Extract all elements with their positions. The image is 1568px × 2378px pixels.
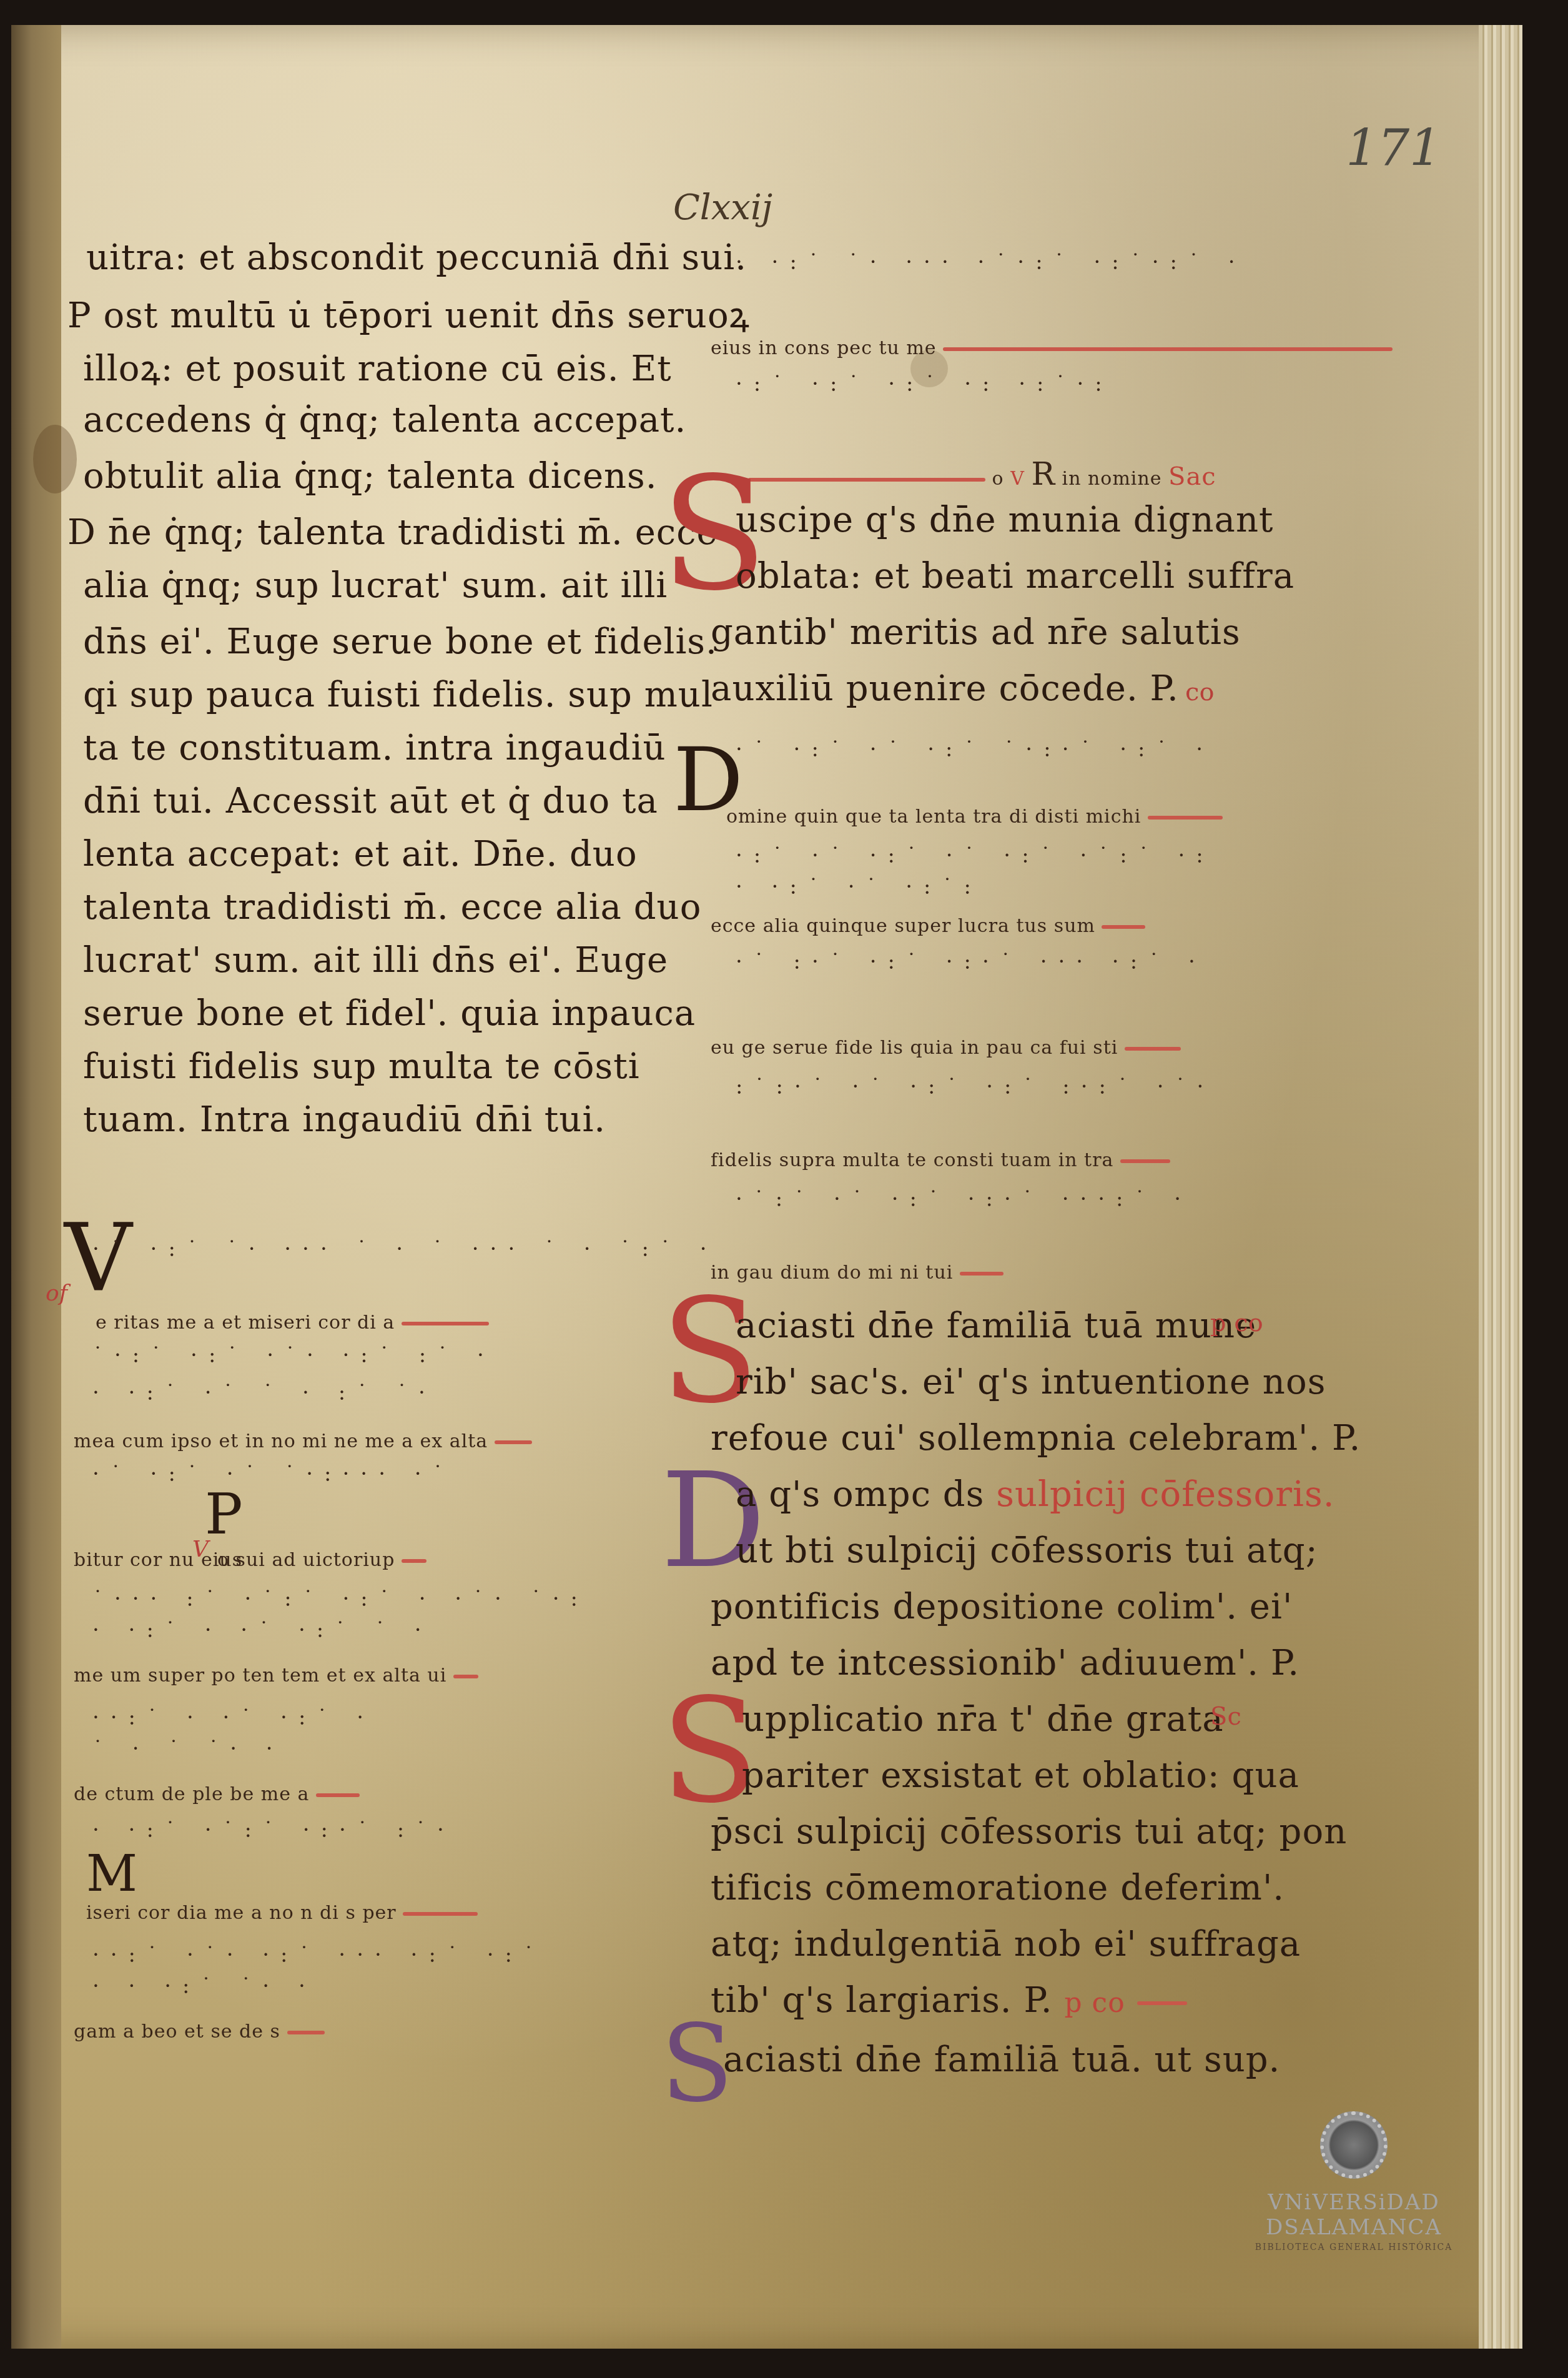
red-melisma-line [402, 1559, 427, 1563]
lyric-line: iseri cor dia me a no n di s per [86, 1902, 478, 1924]
lyric-text: eu ge serue fide lis quia in pau ca fui … [711, 1037, 1118, 1059]
lyric-text: gam a beo et se de s [74, 2021, 280, 2043]
lyric-text: o [992, 468, 1004, 490]
rubric-secret: Sac [1168, 462, 1216, 491]
lyric-text: eius in cons pec tu me [711, 337, 937, 359]
lyric-line: me um super po ten tem et ex alta ui [74, 1665, 478, 1687]
text-line: pariter exsistat et oblatio: qua [742, 1755, 1299, 1796]
text-line: rib' sac's. ei' q's intuentione nos [736, 1362, 1326, 1402]
lyric-line: gam a beo et se de s [74, 2021, 325, 2043]
rubric-versicle: V [1010, 468, 1025, 490]
neume-line: · ·:˙ ·˙ ·:˙: [736, 874, 982, 899]
binding-gutter [11, 25, 61, 2349]
text-line: uitra: et abscondit peccuniā dn̄i sui. [86, 237, 747, 278]
rubric-saint-heading: sulpicij cōfessoris. [996, 1474, 1334, 1515]
neume-line: ·˙ ·:˙ ·˙ ˙·:··· ·˙ [92, 1462, 455, 1487]
text-line: tib' q's largiaris. P. p co [711, 1980, 1187, 2021]
red-melisma-line [748, 478, 985, 482]
roman-folio-number: Clxxij [673, 187, 772, 228]
parchment-stain [33, 425, 77, 493]
text-line: illoꝝ: et posuit ratione cū eis. Et [83, 344, 672, 391]
rubric-communion: co [1185, 678, 1214, 706]
text-line: pontificis depositione colim'. ei' [711, 1587, 1293, 1627]
text-line: alia q̇nq; sup lucrat' sum. ait illi [83, 565, 668, 606]
neume-line: ·:˙ ·:˙ ·:˙ ·: ·:˙·: [736, 372, 1113, 397]
lyric-text: me um super po ten tem et ex alta ui [74, 1665, 446, 1687]
text-line: lenta accepat: et ait. Dn̄e. duo [83, 834, 638, 874]
university-watermark: VNiVERSiDAD DSALAMANCA BIBLIOTECA GENERA… [1235, 2111, 1472, 2252]
initial-S-red: S [661, 1281, 759, 1424]
rubric-secret: Sc [1210, 1702, 1241, 1731]
text-line: gantib' meritis ad nr̄e salutis [711, 612, 1241, 653]
text-line: atq; indulgentiā nob ei' suffraga [711, 1924, 1301, 1964]
lyric-line: e ritas me a et miseri cor di a [96, 1312, 489, 1334]
margin-rubric-offertory: of [46, 1281, 67, 1306]
lyric-line: ecce alia quinque super lucra tus sum [711, 915, 1145, 937]
neume-line: ·˙ ·:˙ ·˙ ·:˙ ˙·:·˙ ·:˙ · [736, 737, 1214, 762]
modern-folio-number: 171 [1346, 119, 1441, 177]
neume-line: ·˙ ·:˙ ˙· ··· ˙ · ˙ ··· ˙ · ˙:˙ · [92, 1237, 718, 1262]
text-line: dn̄s ei'. Euge serue bone et fidelis. [83, 622, 717, 662]
text-line: aciasti dn̄e familiā tuā. ut sup. [723, 2039, 1280, 2080]
red-melisma-line [1120, 1159, 1170, 1163]
neume-line: ˙·:˙ ·:˙ ·˙· ·:˙ :˙ · [92, 1343, 495, 1368]
page-fore-edge [1479, 25, 1522, 2349]
red-melisma-line [495, 1440, 532, 1444]
lyric-line: fidelis supra multa te consti tuam in tr… [711, 1149, 1170, 1171]
text-line: qi sup pauca fuisti fidelis. sup mul [83, 675, 713, 715]
neume-line: · ·:˙ · ·˙ ·:˙ ˙ · [92, 1618, 433, 1643]
versus-initial-P: P [205, 1487, 243, 1543]
red-melisma-line [403, 1912, 478, 1916]
text-line: tuam. Intra ingaudiū dn̄i tui. [83, 1099, 606, 1140]
neume-line: ··:˙ · ·˙ ·:˙ · [92, 1705, 375, 1730]
lyric-text: ecce alia quinque super lucra tus sum [711, 915, 1095, 937]
text-line: p̄sci sulpicij cōfessoris tui atq; pon [711, 1811, 1347, 1852]
red-melisma-line [316, 1793, 360, 1797]
lyric-text: omine quin que ta lenta tra di disti mic… [726, 806, 1141, 828]
neume-line: · ·:˙ ·˙:˙ ·:·˙ :˙· [92, 1818, 455, 1843]
cue-initial: R [1031, 456, 1055, 492]
red-melisma-line [453, 1675, 478, 1678]
lyric-text: e ritas me a et miseri cor di a [96, 1312, 395, 1334]
text-line: lucrat' sum. ait illi dn̄s ei'. Euge [83, 940, 668, 981]
lyric-text: in nomine [1062, 468, 1162, 490]
red-melisma-line [960, 1272, 1003, 1276]
offertory-cue: o V R in nomine Sac [711, 456, 1216, 492]
lyric-line: mea cum ipso et in no mi ne me a ex alta [74, 1430, 532, 1452]
text-fragment: tib' q's largiaris. P. [711, 1980, 1053, 2021]
neume-line: · ·:˙ ·˙ ˙ · :˙ ˙· [92, 1380, 436, 1405]
rubric-postcommunion: p co [1064, 1987, 1125, 2019]
red-melisma-line [943, 347, 1393, 351]
neume-line: ˙··· :˙ ·˙:˙ ·:˙ · ·˙· ˙·: [92, 1587, 589, 1612]
neume-line: ··:˙ ·˙· ·:˙ ··· ·:˙ ·:˙ [92, 1943, 545, 1968]
chant-initial-M: M [86, 1849, 137, 1899]
text-line: ta te constituam. intra ingaudiū [83, 728, 666, 768]
neume-line: · · ·:˙ ˙· · [92, 1974, 317, 1999]
manuscript-folio: 171 Clxxij uitra: et abscondit peccuniā … [11, 25, 1522, 2349]
text-line: dn̄i tui. Accessit aūt et q̇ duo ta [83, 781, 658, 821]
lyric-text: de ctum de ple be me a [74, 1783, 309, 1805]
text-line: talenta tradidisti m̄. ecce alia duo [83, 887, 701, 928]
watermark-line-3: BIBLIOTECA GENERAL HISTÓRICA [1235, 2242, 1472, 2252]
neume-line: ˙ · ˙ ˙· · [92, 1736, 284, 1761]
lyric-text: fidelis supra multa te consti tuam in tr… [711, 1149, 1113, 1171]
lyric-text: iseri cor dia me a no n di s per [86, 1902, 397, 1924]
lyric-line: o sui ad uictoriup [217, 1549, 427, 1571]
watermark-line-1: VNiVERSiDAD [1235, 2190, 1472, 2215]
neume-line: ·˙ :·˙ ·:˙ ·:·˙ ··· ·:˙ · [736, 949, 1206, 974]
red-melisma-line [1148, 816, 1223, 820]
text-line: refoue cui' sollempnia celebram'. P. [711, 1418, 1361, 1459]
text-line: aciasti dn̄e familiā tuā mune [736, 1305, 1256, 1346]
watermark-line-2: DSALAMANCA [1235, 2215, 1472, 2240]
neume-line: :˙:·˙ ·˙ ·:˙ ·:˙ :·:˙ ·˙· [736, 1074, 1215, 1099]
red-melisma-line [402, 1322, 489, 1325]
text-line: obtulit alia q̇nq; talenta dicens. [83, 456, 658, 497]
lyric-line: eu ge serue fide lis quia in pau ca fui … [711, 1037, 1181, 1059]
text-line: serue bone et fidel'. quia inpauca [83, 993, 696, 1034]
red-melisma-line [1125, 1047, 1181, 1051]
text-line: oblata: et beati marcelli suffra [736, 556, 1294, 597]
red-melisma-line [1102, 925, 1145, 929]
red-melisma-line [287, 2031, 325, 2034]
lyric-line: omine quin que ta lenta tra di disti mic… [726, 806, 1223, 828]
text-line: a q's ompc ds sulpicij cōfessoris. [736, 1474, 1334, 1515]
lyric-text: o sui ad uictoriup [217, 1549, 395, 1571]
lyric-text: mea cum ipso et in no mi ne me a ex alta [74, 1430, 488, 1452]
text-line: D n̄e q̇nq; talenta tradidisti m̄. ecce [67, 512, 718, 553]
lyric-line: eius in cons pec tu me [711, 337, 1393, 359]
text-line: upplicatio nr̄a t' dn̄e grata [742, 1699, 1224, 1740]
text-line: P ost multū u̇ tēpori uenit dn̄s seruoꝝ [67, 290, 750, 338]
lyric-line: de ctum de ple be me a [74, 1783, 360, 1805]
text-line: ut bti sulpicij cōfessoris tui atq; [736, 1530, 1318, 1571]
text-line: apd te intcessionib' adiuuem'. P. [711, 1643, 1299, 1683]
text-line: uscipe q's dn̄e munia dignant [736, 500, 1273, 540]
red-rule [1137, 2001, 1187, 2005]
text-line: fuisti fidelis sup multa te cōsti [83, 1046, 640, 1087]
text-line: accedens q̇ q̇nq; talenta accepat. [83, 400, 686, 440]
text-line: auxiliū puenire cōcede. P. [711, 668, 1179, 709]
collect-opening: a q's ompc ds [736, 1474, 984, 1515]
initial-S-purple: S [661, 2011, 733, 2118]
university-seal-icon [1320, 2111, 1388, 2179]
text-line: tificis cōmemoratione deferim'. [711, 1868, 1284, 1908]
neume-line: ·˙:˙ ·˙ ·:˙ ·:·˙ ···:˙ · [736, 1187, 1192, 1212]
rubric-postcommunion: p co [1210, 1309, 1263, 1337]
neume-line: · ·:˙ ˙· ··· ·˙·:˙ ·:˙·:˙ · [736, 250, 1246, 275]
neume-line: ·:˙ ·˙ ·:˙ ·˙ ·:˙ ·˙:˙ ·: [736, 843, 1215, 868]
